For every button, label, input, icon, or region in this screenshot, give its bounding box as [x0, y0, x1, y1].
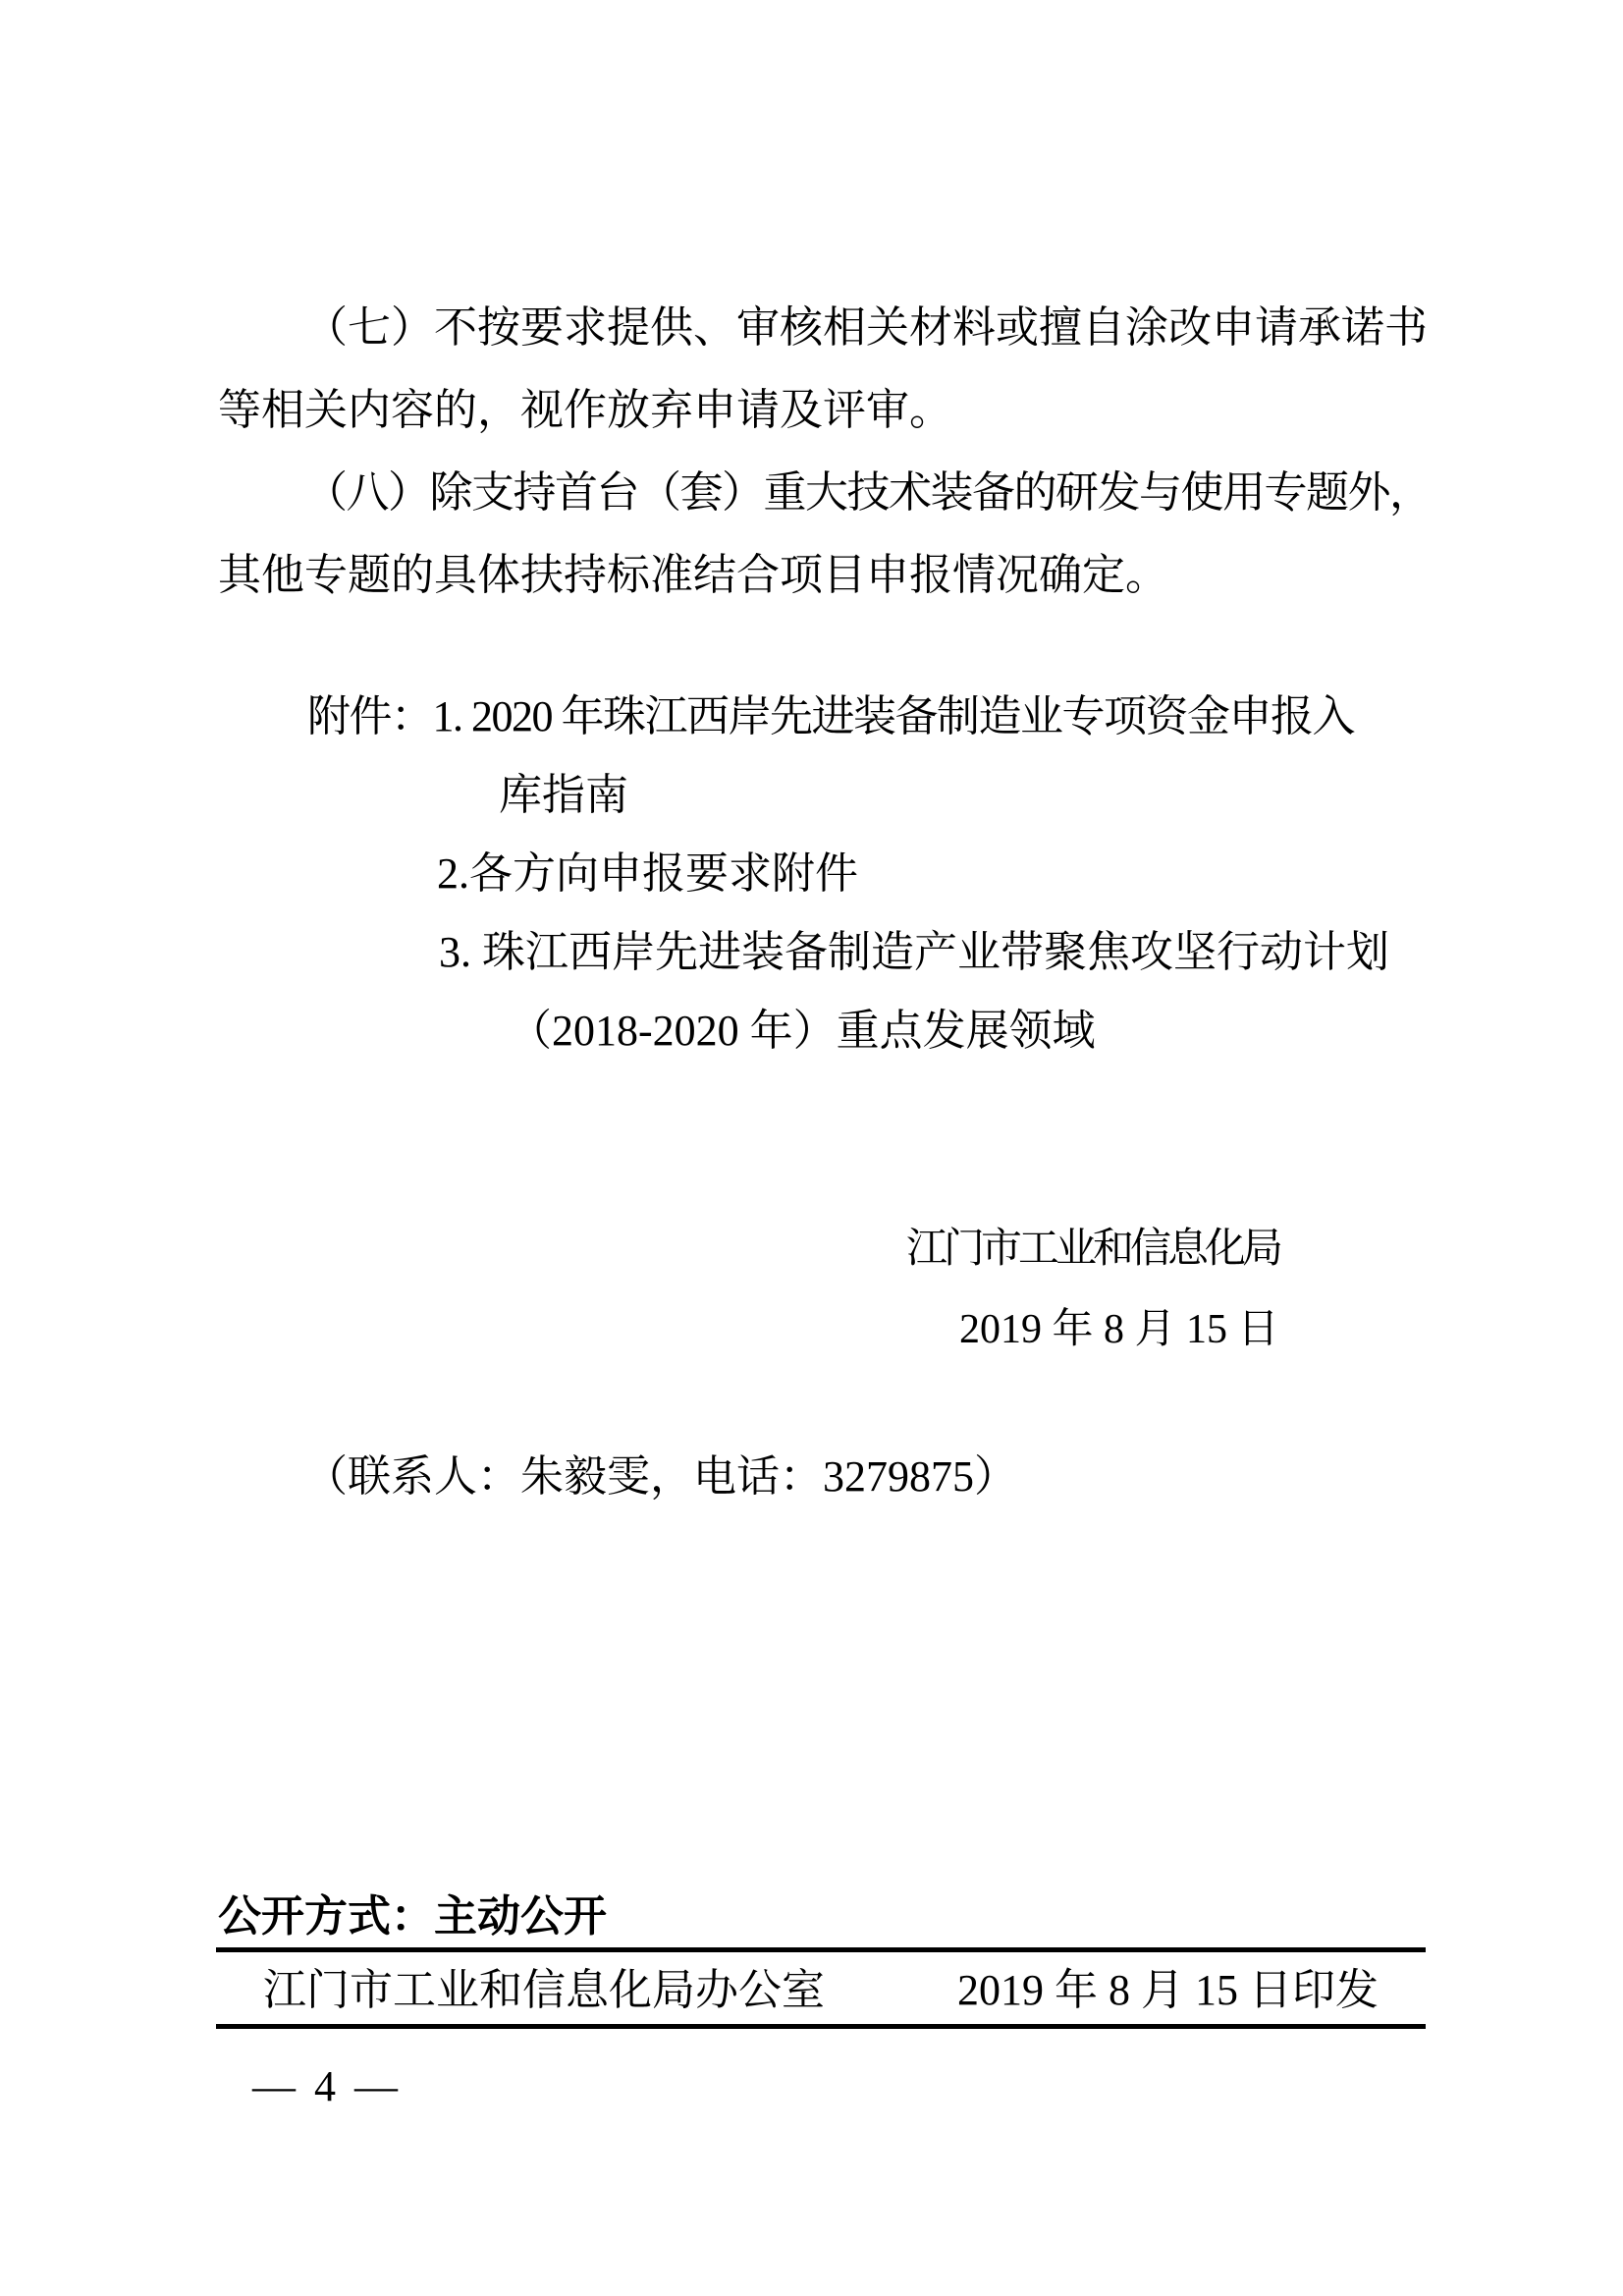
signature-issuer: 江门市工业和信息化局: [906, 1229, 1279, 1270]
imprint-row: 江门市工业和信息化局办公室 2019 年 8 月 15 日印发: [218, 1969, 1426, 2012]
body-paragraphs: （七）不按要求提供、审核相关材料或擅自涂改申请承诺书 等相关内容的，视作放弃申请…: [218, 287, 1475, 617]
paragraph-7-line-2: 等相关内容的，视作放弃申请及评审。: [218, 369, 1475, 452]
attachment-list: 附件：1. 2020 年珠江西岸先进装备制造业专项资金申报入 库指南 2.各方向…: [218, 678, 1534, 1070]
attachment-item-3-line-1: 3. 珠江西岸先进装备制造产业带聚焦攻坚行动计划: [218, 913, 1534, 992]
paragraph-8-line-1: （八）除支持首台（套）重大技术装备的研发与使用专题外，: [218, 452, 1475, 534]
imprint-office: 江门市工业和信息化局办公室: [263, 1969, 825, 2012]
document-page: （七）不按要求提供、审核相关材料或擅自涂改申请承诺书 等相关内容的，视作放弃申请…: [0, 0, 1623, 2296]
attachment-item-1-line-1: 附件：1. 2020 年珠江西岸先进装备制造业专项资金申报入: [218, 678, 1534, 756]
publicity-method: 公开方式：主动公开: [218, 1895, 607, 1939]
imprint-date: 2019 年 8 月 15 日印发: [957, 1969, 1379, 2012]
footer-top-rule: [216, 1947, 1426, 1952]
signature-date: 2019 年 8 月 15 日: [959, 1309, 1279, 1350]
paragraph-7-line-1: （七）不按要求提供、审核相关材料或擅自涂改申请承诺书: [218, 287, 1475, 369]
attachment-item-3-line-2: （2018-2020 年）重点发展领域: [218, 992, 1534, 1070]
footer-bottom-rule: [216, 2024, 1426, 2029]
attachment-item-1-line-2: 库指南: [218, 756, 1534, 835]
attachment-item-2: 2.各方向申报要求附件: [218, 835, 1534, 913]
contact-info: （联系人：朱毅雯，电话：3279875）: [304, 1455, 1017, 1499]
page-number: — 4 —: [252, 2065, 402, 2108]
paragraph-8-line-2: 其他专题的具体扶持标准结合项目申报情况确定。: [218, 534, 1475, 617]
